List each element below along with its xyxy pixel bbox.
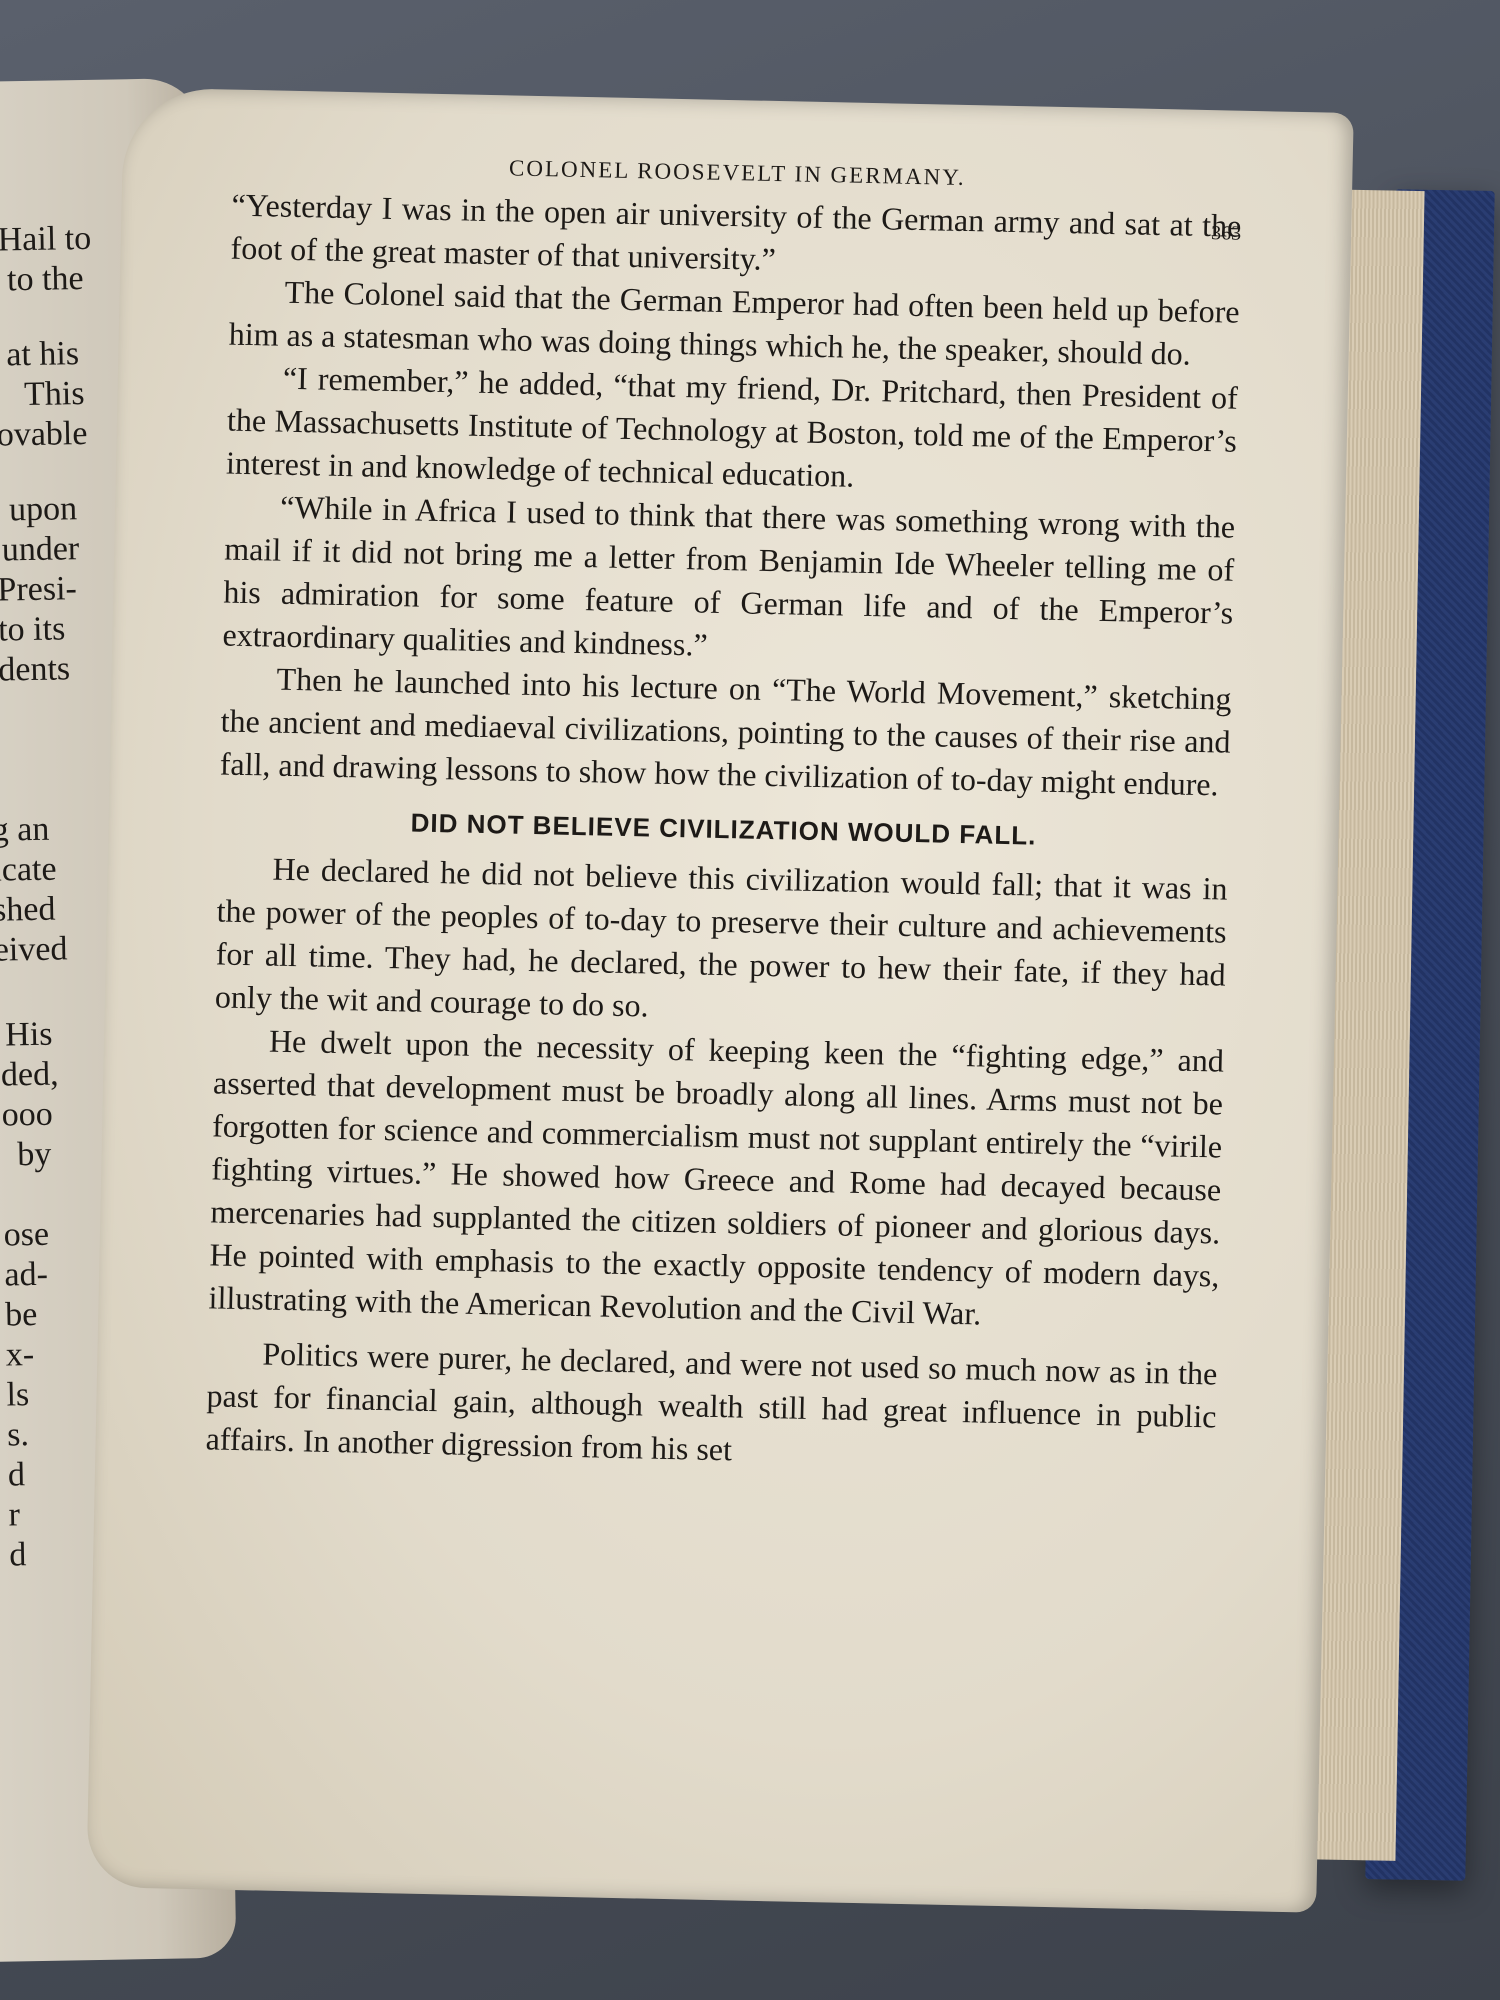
- left-fragment: d: [9, 1536, 27, 1574]
- left-fragment: ose: [3, 1216, 49, 1255]
- left-fragment: novable: [0, 415, 88, 455]
- left-fragment: (Hail to: [0, 220, 92, 260]
- left-fragment: to its: [0, 610, 66, 649]
- left-fragment: s.: [7, 1416, 29, 1454]
- left-fragment: ooo: [1, 1096, 53, 1135]
- left-fragment: This: [24, 375, 85, 414]
- left-fragment: idents: [0, 650, 70, 689]
- left-fragment: eived: [0, 930, 68, 969]
- left-fragment: ad-: [4, 1256, 48, 1295]
- left-fragment: shed: [0, 891, 56, 930]
- left-fragment: His: [5, 1016, 53, 1055]
- left-fragment: g an: [0, 811, 50, 850]
- left-fragment: icate: [0, 851, 57, 890]
- left-fragment: l upon: [0, 490, 77, 529]
- section-subheading: DID NOT BELIEVE CIVILIZATION WOULD FALL.: [218, 803, 1228, 855]
- left-fragment: x-: [6, 1336, 35, 1374]
- left-fragment: to the: [7, 260, 84, 299]
- paragraph: “I remember,” he added, “that my friend,…: [226, 356, 1238, 506]
- left-fragment: by: [17, 1136, 52, 1175]
- left-fragment: under: [1, 530, 79, 569]
- page-content: COLONEL ROOSEVELT IN GERMANY. 363 “Yeste…: [205, 150, 1242, 1482]
- left-fragment: l at his: [0, 335, 79, 375]
- page-number: 363: [1211, 222, 1241, 246]
- paragraph: He declared he did not believe this civi…: [215, 846, 1228, 1039]
- left-fragment: r: [8, 1496, 20, 1534]
- paragraph: Politics were purer, he declared, and we…: [205, 1331, 1217, 1481]
- left-fragment: ls: [6, 1376, 29, 1414]
- left-fragment: ded,: [1, 1056, 59, 1095]
- paragraph: “While in Africa I used to think that th…: [222, 485, 1235, 678]
- left-fragment: be: [5, 1296, 38, 1335]
- left-fragment: d: [8, 1456, 26, 1494]
- paragraph: Then he launched into his lecture on “Th…: [219, 656, 1231, 806]
- paragraph: He dwelt upon the necessity of keeping k…: [208, 1018, 1224, 1340]
- right-page: COLONEL ROOSEVELT IN GERMANY. 363 “Yeste…: [86, 87, 1353, 1912]
- left-fragment: Presi-: [0, 570, 77, 609]
